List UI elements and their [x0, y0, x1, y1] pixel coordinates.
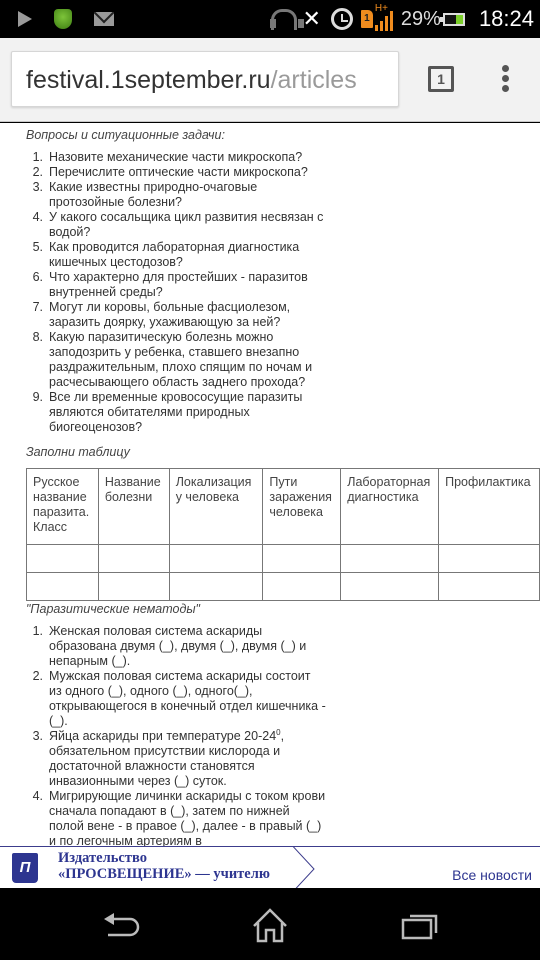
table-header-cell: Профилактика — [439, 469, 540, 545]
item-text: Как проводится лабораторная диагностика … — [49, 240, 326, 270]
publisher-banner[interactable]: П Издательство «ПРОСВЕЩЕНИЕ» — учителю В… — [0, 846, 540, 888]
item-text: Перечислите оптические части микроскопа? — [49, 165, 326, 180]
item-number: 2. — [26, 165, 49, 180]
table-cell — [169, 545, 263, 573]
nematodes-list: 1.Женская половая система аскариды образ… — [26, 624, 326, 848]
item-number: 4. — [26, 789, 49, 848]
security-shield-icon — [54, 9, 72, 29]
list-item: 1.Назовите механические части микроскопа… — [26, 150, 326, 165]
banner-line2: «ПРОСВЕЩЕНИЕ» — учителю — [58, 866, 270, 882]
table-row — [27, 545, 540, 573]
list-item: 1.Женская половая система аскариды образ… — [26, 624, 326, 669]
item-number: 3. — [26, 180, 49, 210]
item-number: 3. — [26, 729, 49, 789]
chevron-right-icon — [286, 846, 316, 888]
page-content: Вопросы и ситуационные задачи: 1.Назовит… — [0, 123, 540, 848]
table-cell — [439, 545, 540, 573]
item-text: Женская половая система аскариды образов… — [49, 624, 326, 669]
section-title-questions: Вопросы и ситуационные задачи: — [26, 128, 225, 143]
item-text: Что характерно для простейших - паразито… — [49, 270, 326, 300]
item-text: Какую паразитическую болезнь можно запод… — [49, 330, 326, 390]
browser-toolbar: festival.1september.ru/articles 1 — [0, 38, 540, 122]
table-header-cell: Русское название паразита. Класс — [27, 469, 99, 545]
battery-icon — [443, 13, 465, 26]
item-text: Все ли временные кровососущие паразиты я… — [49, 390, 326, 435]
table-header-cell: Название болезни — [98, 469, 169, 545]
prosveshchenie-logo-icon: П — [12, 853, 38, 883]
list-item: 3.Какие известны природно-очаговые прото… — [26, 180, 326, 210]
list-item: 6.Что характерно для простейших - парази… — [26, 270, 326, 300]
table-cell — [27, 545, 99, 573]
table-cell — [341, 545, 439, 573]
status-bar: ✕ 1 H+ 29% 18:24 — [0, 0, 540, 38]
home-icon[interactable] — [250, 906, 290, 946]
list-item: 7.Могут ли коровы, больные фасциолезом, … — [26, 300, 326, 330]
signal-icon: H+ — [375, 7, 393, 31]
list-item: 2.Мужская половая система аскариды состо… — [26, 669, 326, 729]
table-row — [27, 573, 540, 601]
table-cell — [98, 573, 169, 601]
headset-icon — [270, 7, 292, 31]
table-header-cell: Лабораторная диагностика — [341, 469, 439, 545]
tab-switcher-button[interactable]: 1 — [428, 66, 454, 92]
questions-list: 1.Назовите механические части микроскопа… — [26, 150, 326, 435]
item-text: У какого сосальщика цикл развития несвяз… — [49, 210, 326, 240]
list-item: 3.Яйца аскариды при температуре 20-240, … — [26, 729, 326, 789]
list-item: 8.Какую паразитическую болезнь можно зап… — [26, 330, 326, 390]
list-item: 9.Все ли временные кровососущие паразиты… — [26, 390, 326, 435]
table-cell — [27, 573, 99, 601]
table-cell — [169, 573, 263, 601]
alarm-icon — [331, 8, 353, 30]
fill-table: Русское название паразита. КлассНазвание… — [26, 468, 540, 601]
table-header-cell: Пути заражения человека — [263, 469, 341, 545]
list-item: 4.У какого сосальщика цикл развития несв… — [26, 210, 326, 240]
all-news-link[interactable]: Все новости — [452, 867, 532, 883]
url-path: /articles — [271, 66, 357, 94]
table-header-cell: Локализация у человека — [169, 469, 263, 545]
item-number: 6. — [26, 270, 49, 300]
play-store-icon — [18, 11, 32, 27]
item-number: 8. — [26, 330, 49, 390]
network-type: H+ — [375, 3, 388, 14]
item-text: Какие известны природно-очаговые протозо… — [49, 180, 326, 210]
mail-icon — [94, 12, 114, 26]
table-cell — [263, 573, 341, 601]
item-number: 9. — [26, 390, 49, 435]
item-text: Мигрирующие личинки аскариды с током кро… — [49, 789, 326, 848]
item-text: Мужская половая система аскариды состоит… — [49, 669, 326, 729]
clock: 18:24 — [479, 6, 534, 32]
battery-percent: 29% — [401, 8, 441, 31]
url-bar[interactable]: festival.1september.ru/articles — [11, 51, 399, 107]
overflow-menu-icon[interactable] — [498, 65, 512, 95]
table-cell — [263, 545, 341, 573]
sim-1-icon: 1 — [361, 10, 373, 28]
item-number: 7. — [26, 300, 49, 330]
item-text: Могут ли коровы, больные фасциолезом, за… — [49, 300, 326, 330]
item-text: Назовите механические части микроскопа? — [49, 150, 326, 165]
item-number: 1. — [26, 624, 49, 669]
section-title-table: Заполни таблицу — [26, 445, 130, 460]
item-number: 2. — [26, 669, 49, 729]
item-number: 5. — [26, 240, 49, 270]
banner-line1: Издательство — [58, 850, 270, 866]
navigation-bar — [0, 888, 540, 960]
list-item: 5.Как проводится лабораторная диагностик… — [26, 240, 326, 270]
list-item: 4.Мигрирующие личинки аскариды с током к… — [26, 789, 326, 848]
back-icon[interactable] — [100, 906, 140, 946]
table-cell — [439, 573, 540, 601]
item-number: 1. — [26, 150, 49, 165]
table-cell — [341, 573, 439, 601]
section-title-nematodes: "Паразитические нематоды" — [26, 602, 200, 617]
list-item: 2.Перечислите оптические части микроскоп… — [26, 165, 326, 180]
table-cell — [98, 545, 169, 573]
data-transfer-off-icon: ✕ — [302, 8, 320, 30]
banner-title[interactable]: Издательство «ПРОСВЕЩЕНИЕ» — учителю — [58, 850, 270, 882]
url-host: festival.1september.ru — [26, 66, 271, 94]
item-number: 4. — [26, 210, 49, 240]
recent-apps-icon[interactable] — [400, 906, 440, 946]
item-text: Яйца аскариды при температуре 20-240, об… — [49, 729, 326, 789]
